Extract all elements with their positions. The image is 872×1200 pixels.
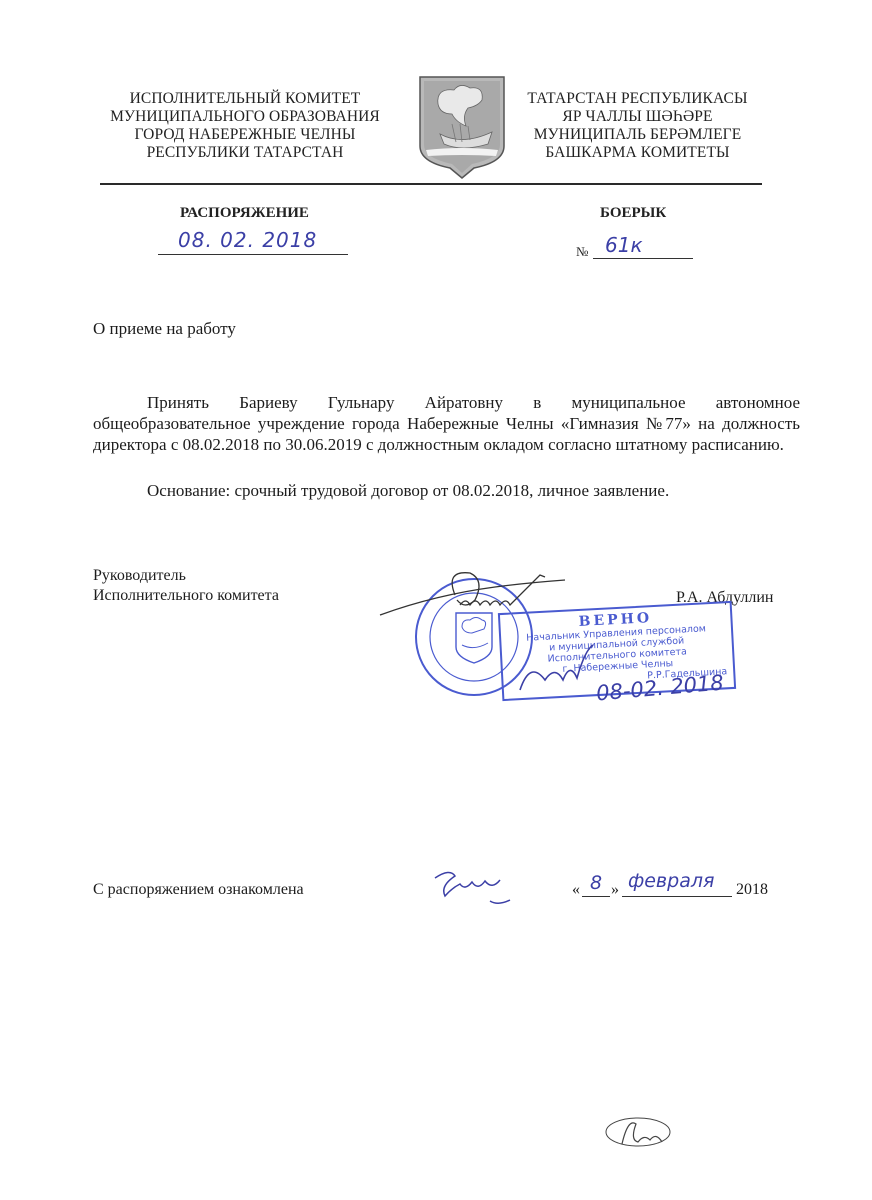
header-divider — [100, 183, 762, 185]
ack-day-handwritten: 8 — [590, 872, 602, 894]
acknowledgement-label: С распоряжением ознакомлена — [93, 880, 304, 900]
ack-day-field: 8 — [582, 872, 610, 897]
ack-quote-close: » — [611, 880, 619, 900]
header-right-line: БАШКАРМА КОМИТЕТЫ — [505, 144, 770, 162]
date-handwritten: 08. 02. 2018 — [178, 228, 317, 252]
number-field: 61к — [593, 232, 693, 259]
order-paragraph: Принять Бариеву Гульнару Айратовну в мун… — [93, 392, 800, 455]
header-left-line: ИСПОЛНИТЕЛЬНЫЙ КОМИТЕТ — [90, 90, 400, 108]
document-subject: О приеме на работу — [93, 318, 236, 339]
city-coat-of-arms-icon — [416, 74, 508, 180]
header-left-line: РЕСПУБЛИКИ ТАТАРСТАН — [90, 144, 400, 162]
stamp-signature-icon — [515, 640, 595, 695]
header-left-line: ГОРОД НАБЕРЕЖНЫЕ ЧЕЛНЫ — [90, 126, 400, 144]
ack-quote-open: « — [572, 880, 580, 900]
number-handwritten: 61к — [605, 233, 643, 257]
signatory-title-line-2: Исполнительного комитета — [93, 586, 279, 606]
date-field: 08. 02. 2018 — [158, 226, 348, 255]
ack-year: 2018 — [736, 880, 768, 900]
signatory-title-line-1: Руководитель — [93, 566, 186, 586]
number-prefix: № — [576, 244, 588, 260]
ack-month-handwritten: февраля — [628, 870, 714, 892]
header-right-line: МУНИЦИПАЛЬ БЕРӘМЛЕГЕ — [505, 126, 770, 144]
employee-signature-icon — [430, 866, 520, 911]
document-type-ru: РАСПОРЯЖЕНИЕ — [180, 205, 309, 222]
document-type-tt: БОЕРЫК — [600, 205, 666, 222]
bottom-initials-signature-icon — [600, 1110, 680, 1155]
header-left-org-name: ИСПОЛНИТЕЛЬНЫЙ КОМИТЕТ МУНИЦИПАЛЬНОГО ОБ… — [90, 90, 400, 162]
header-right-org-name: ТАТАРСТАН РЕСПУБЛИКАСЫ ЯР ЧАЛЛЫ ШӘҺӘРЕ М… — [505, 90, 770, 162]
header-left-line: МУНИЦИПАЛЬНОГО ОБРАЗОВАНИЯ — [90, 108, 400, 126]
ack-month-field: февраля — [622, 868, 732, 897]
header-right-line: ЯР ЧАЛЛЫ ШӘҺӘРЕ — [505, 108, 770, 126]
header-right-line: ТАТАРСТАН РЕСПУБЛИКАСЫ — [505, 90, 770, 108]
basis-paragraph: Основание: срочный трудовой договор от 0… — [147, 480, 669, 501]
